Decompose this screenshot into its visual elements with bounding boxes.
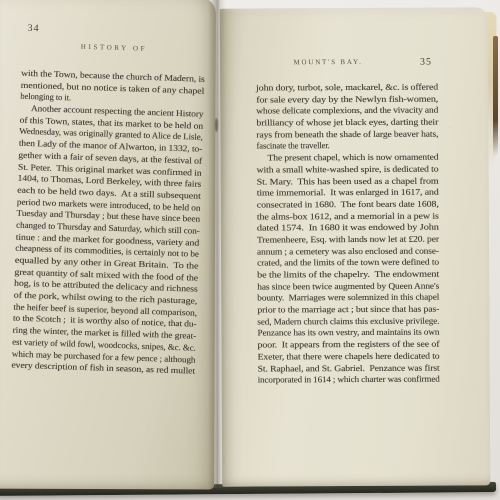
text-line: St. Mary. This has been used as a chapel… bbox=[257, 175, 439, 188]
text-line: time immemorial. It was enlarged in 1617… bbox=[257, 187, 439, 200]
book-photo: 34 HISTORY OF with the Town, because the… bbox=[0, 0, 500, 500]
text-line: annum ; a cemetery was also enclosed and… bbox=[257, 245, 439, 258]
text-line: the alms-box 1612, and a memorial in a p… bbox=[257, 210, 439, 223]
left-page-number: 34 bbox=[27, 23, 39, 34]
right-page-print-area: MOUNT'S BAY. 35 john dory, turbot, sole,… bbox=[256, 50, 438, 51]
text-line: rays from beneath the shade of large bea… bbox=[256, 128, 438, 141]
text-line: prior to the marriage act ; but since th… bbox=[257, 304, 439, 317]
text-line: be the limits of the chapelry. The endow… bbox=[257, 269, 439, 282]
left-page: 34 HISTORY OF with the Town, because the… bbox=[0, 0, 216, 489]
book-cover-right-edge bbox=[493, 36, 498, 156]
left-page-text: with the Town, because the church of Mad… bbox=[11, 68, 205, 378]
text-line: The present chapel, which is now ornamen… bbox=[257, 152, 439, 165]
text-line: bounty. Marriages were solemnized in thi… bbox=[257, 292, 439, 305]
right-page-number: 35 bbox=[420, 57, 432, 68]
text-line: crated, and the limits of the town were … bbox=[257, 257, 439, 270]
text-line: with a small white-washed spire, is dedi… bbox=[257, 163, 439, 176]
text-line: sed, Madern church claims this exclusive… bbox=[257, 315, 439, 328]
text-line: poor. It appears from the registers of t… bbox=[257, 339, 439, 352]
text-line: Tremenheere, Esq. with lands now let at … bbox=[257, 233, 439, 246]
left-page-print-area: 34 HISTORY OF with the Town, because the… bbox=[22, 23, 208, 29]
text-line: whose delicate complexions, and the viva… bbox=[256, 105, 438, 118]
right-page: MOUNT'S BAY. 35 john dory, turbot, sole,… bbox=[220, 7, 490, 486]
text-line: incorporated in 1614 ; which charter was… bbox=[258, 374, 440, 387]
right-page-text: john dory, turbot, sole, mackarel, &c. i… bbox=[256, 82, 440, 387]
text-line: St. Raphael, and St. Gabriel. Penzance w… bbox=[258, 362, 440, 375]
right-running-header: MOUNT'S BAY. bbox=[244, 58, 412, 67]
text-line: dated 1574. In 1680 it was endowed by Jo… bbox=[257, 222, 439, 235]
text-line: john dory, turbot, sole, mackarel, &c. i… bbox=[256, 82, 438, 95]
text-line: brilliancy of whose jet black eyes, dart… bbox=[256, 117, 438, 130]
text-line: Penzance has its own vestry, and maintai… bbox=[257, 327, 439, 340]
text-line: has since been twice augmented by Queen … bbox=[257, 280, 439, 293]
text-line: consecrated in 1680. The font bears date… bbox=[257, 198, 439, 211]
text-line: fascinate the traveller. bbox=[256, 140, 438, 153]
text-line: for sale every day by the Newlyn fish-wo… bbox=[256, 93, 438, 106]
text-line: Exeter, that there were chapels here ded… bbox=[258, 350, 440, 363]
left-running-header: HISTORY OF bbox=[21, 41, 207, 55]
